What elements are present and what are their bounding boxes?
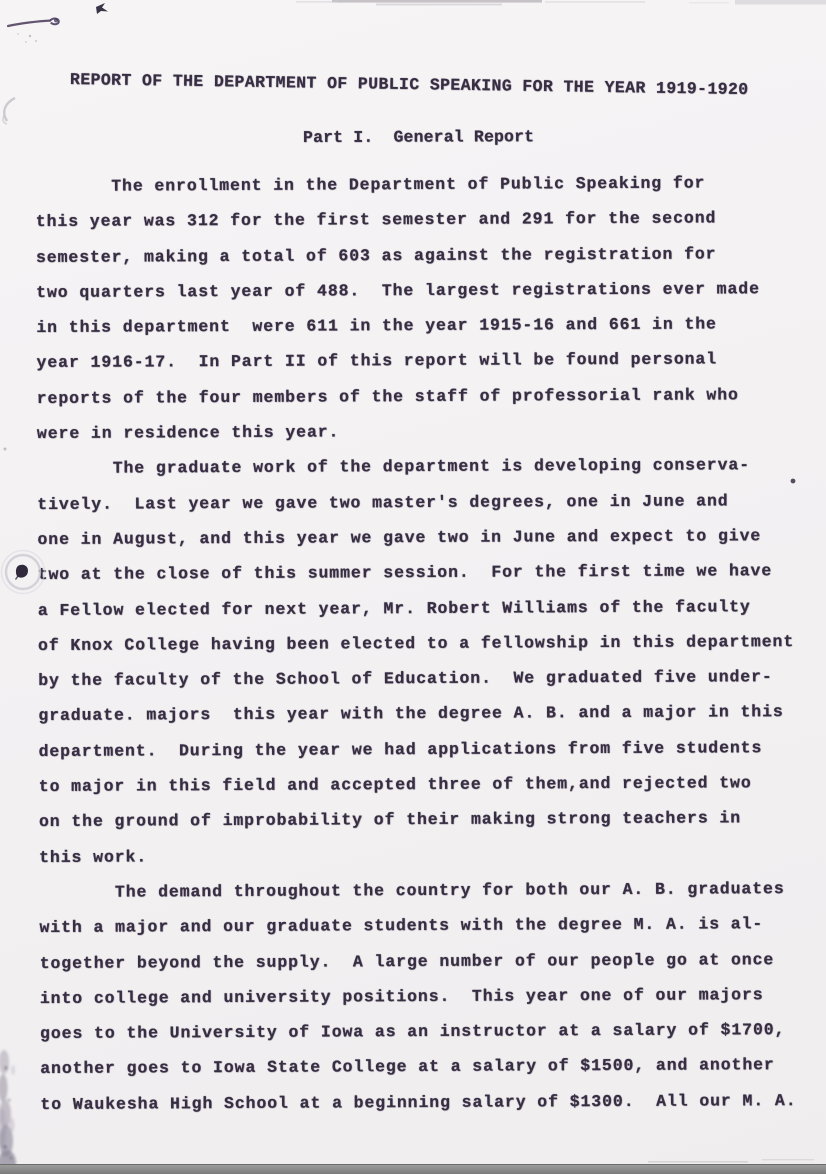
scanned-document-page: REPORT OF THE DEPARTMENT OF PUBLIC SPEAK… bbox=[0, 0, 826, 1174]
paragraph: The demand throughout the country for bo… bbox=[39, 871, 826, 1122]
top-edge-smudge bbox=[296, 0, 826, 5]
arrow-speck-mark bbox=[96, 3, 108, 14]
document-title: REPORT OF THE DEPARTMENT OF PUBLIC SPEAK… bbox=[70, 70, 749, 99]
paragraph: The enrollment in the Department of Publ… bbox=[36, 165, 825, 451]
edge-arc-mark bbox=[3, 98, 15, 124]
paragraph: The graduate work of the department is d… bbox=[37, 447, 826, 875]
pen-stroke-mark bbox=[8, 19, 59, 43]
ink-blot-mark bbox=[16, 565, 29, 580]
document-subtitle: Part I. General Report bbox=[303, 127, 534, 148]
bottom-left-scan-smudge bbox=[0, 1050, 16, 1174]
scanner-bottom-bar bbox=[0, 1164, 826, 1174]
document-body: The enrollment in the Department of Publ… bbox=[36, 165, 826, 1122]
